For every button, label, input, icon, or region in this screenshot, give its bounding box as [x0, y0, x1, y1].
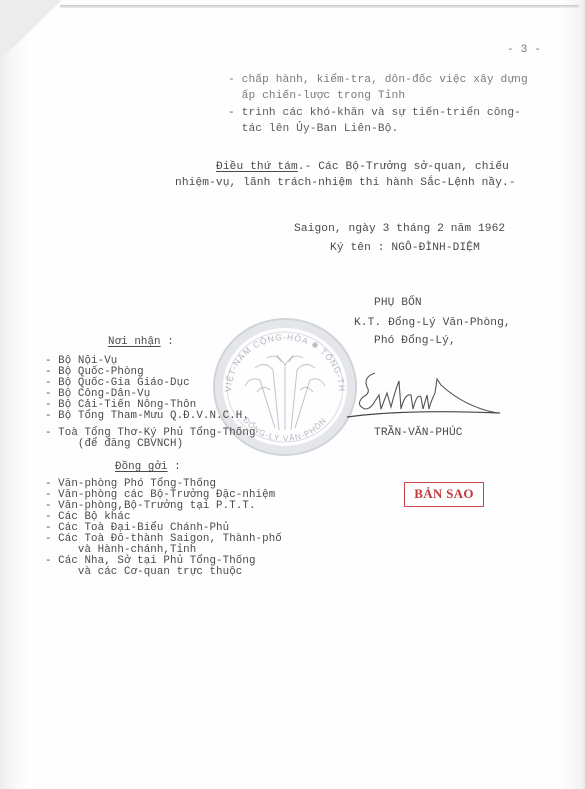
list-item-line: ấp chiến-lược trong Tỉnh [228, 90, 405, 103]
folded-corner [0, 0, 62, 60]
recipients-heading: Nơi nhận : [108, 337, 174, 348]
article-line-2: nhiệm-vụ, lãnh trách-nhiệm thi hành Sắc-… [175, 177, 516, 190]
cc-heading: Đồng gởi : [115, 462, 181, 473]
signed-by: Ký tên : NGÔ-ĐÌNH-DIỆM [330, 242, 480, 255]
recipient-item: - Bộ Tổng Tham-Mưu Q.Đ.V.N.C.H. [45, 411, 249, 422]
certified-copy-label: PHỤ BỔN [374, 297, 422, 310]
list-item-line: - chấp hành, kiểm-tra, dôn-đốc việc xây … [228, 74, 528, 87]
article-text: .- Các Bộ-Trưởng sở-quan, chiếu [298, 161, 509, 173]
list-item-line: tác lên Ủy-Ban Liên-Bộ. [228, 123, 398, 136]
cc-item: và các Cơ-quan trực thuộc [45, 567, 242, 578]
page-top-edge [60, 5, 585, 8]
dateline: Saigon, ngày 3 tháng 2 năm 1962 [294, 223, 505, 236]
article-line-1: Điều thứ tám.- Các Bộ-Trưởng sở-quan, ch… [216, 161, 509, 174]
copy-stamp: BẢN SAO [404, 482, 484, 507]
page-right-edge [579, 0, 585, 789]
seal-text-top: VIỆT-NAM CỘNG-HÒA ✱ TỔNG-THỐNG PHỦ [215, 320, 347, 392]
certified-copy-line-2: Phó Đổng-Lý, [374, 335, 456, 348]
handwritten-signature [345, 365, 505, 430]
page-number: - 3 - [507, 44, 541, 57]
certified-copy-line-1: K.T. Đổng-Lý Văn-Phòng, [354, 317, 511, 330]
article-heading: Điều thứ tám [216, 161, 298, 173]
list-item-line: - trình các khó-khăn và sự tiến-triển cô… [228, 107, 521, 120]
bamboo-emblem-icon [245, 355, 325, 430]
signatory-name: TRẦN-VĂN-PHÚC [374, 427, 463, 440]
recipient-item: (để đăng CBVNCH) [45, 439, 183, 450]
svg-text:VIỆT-NAM CỘNG-HÒA ✱ TỔNG-THỐNG: VIỆT-NAM CỘNG-HÒA ✱ TỔNG-THỐNG PHỦ [215, 320, 347, 392]
